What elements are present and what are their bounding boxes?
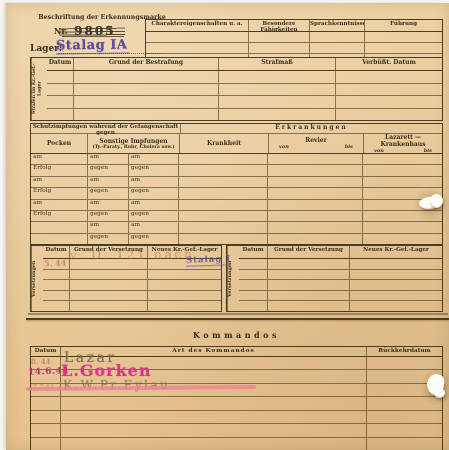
row-label: am	[31, 200, 88, 210]
lazarett-header: Lazarett — Krankenhaus vonbis	[364, 134, 442, 153]
table-row	[31, 411, 442, 424]
empty-cell	[239, 270, 268, 280]
empty-cell	[336, 84, 442, 96]
punishments-grid: Datum Grund der Bestrafung Strafmaß Verb…	[47, 58, 442, 120]
empty-cell	[31, 438, 61, 450]
empty-cell	[365, 43, 442, 53]
table-row: amam	[31, 222, 442, 233]
vaccinations-illnesses-table: Schutzimpfungen während der Gefangenscha…	[30, 123, 443, 245]
kommando-date-stamp: 8. 44	[31, 357, 51, 366]
empty-cell	[179, 188, 268, 198]
column-header: Verbüßt. Datum	[336, 58, 442, 70]
punch-hole	[423, 371, 449, 401]
von-bis-labels: vonbis	[364, 148, 442, 154]
vaccination-rows: amamam Erfolggegengegen amamam Erfolggeg…	[31, 154, 442, 244]
empty-cell	[350, 301, 442, 311]
column-header: Strafmaß	[219, 58, 336, 70]
transfer-destination-stamp: Stalag I	[186, 254, 232, 267]
empty-cell	[239, 301, 268, 311]
empty-cell	[350, 270, 442, 280]
row-label: am	[31, 154, 88, 164]
empty-cell	[179, 222, 268, 232]
table-row	[47, 71, 442, 84]
transfer-date-stamp: 5. 44	[44, 258, 66, 268]
upper-card-bottom-edge	[28, 313, 448, 315]
empty-cell	[239, 291, 268, 301]
empty-cell	[239, 259, 268, 269]
punch-hole	[415, 190, 447, 216]
row-label: am	[31, 177, 88, 187]
empty-cell	[367, 411, 442, 423]
empty-cell	[43, 291, 70, 301]
empty-cell	[268, 301, 350, 311]
empty-cell	[148, 291, 221, 301]
empty-cell	[268, 234, 363, 244]
von-bis-labels: vonbis	[269, 144, 363, 150]
table-row: gegengegen	[31, 234, 442, 244]
empty-cell	[74, 71, 219, 83]
empty-cell	[179, 211, 268, 221]
empty-cell	[268, 270, 350, 280]
table-row	[31, 438, 442, 450]
empty-cell	[363, 222, 442, 232]
empty-cell	[363, 234, 442, 244]
empty-cell	[179, 154, 268, 164]
row-label: am	[129, 222, 179, 232]
column-header: Grund der Versetzung	[268, 246, 350, 258]
column-header: Datum	[43, 246, 70, 258]
row-label: am	[88, 177, 129, 187]
empty-cell	[179, 177, 268, 187]
empty-cell	[74, 84, 219, 96]
empty-cell	[70, 280, 148, 290]
column-header: Sprachkenntnisse	[310, 20, 365, 31]
transfers-side-label: Versetzungen	[31, 246, 43, 311]
empty-cell	[336, 109, 442, 121]
von-label: von	[374, 148, 384, 154]
empty-cell	[47, 71, 74, 83]
column-header: Grund der Bestrafung	[74, 58, 219, 70]
empty-cell	[363, 154, 442, 164]
row-label: gegen	[88, 211, 129, 221]
lower-card-top-edge	[26, 318, 449, 321]
row-label: gegen	[88, 234, 129, 244]
empty-cell	[268, 165, 363, 175]
table-row	[31, 397, 442, 410]
empty-cell	[47, 84, 74, 96]
row-label: am	[88, 200, 129, 210]
row-label: Erfolg	[31, 211, 88, 221]
table-row: amamam	[31, 200, 442, 211]
table-row: amamam	[31, 154, 442, 165]
punishments-header-row: Datum Grund der Bestrafung Strafmaß Verb…	[47, 58, 442, 71]
column-subheader: (Ty.-Paraty., Ruhr, Cholera usw.)	[88, 145, 179, 150]
empty-cell	[146, 43, 249, 53]
kommandos-title: Kommandos	[30, 330, 443, 340]
empty-cell	[61, 397, 367, 409]
empty-cell	[148, 280, 221, 290]
empty-cell	[268, 211, 363, 221]
empty-cell	[61, 411, 367, 423]
section-titles-row: Schutzimpfungen während der Gefangenscha…	[31, 124, 442, 134]
column-header: Datum	[47, 58, 74, 70]
column-header: Revier	[269, 137, 363, 144]
table-row	[43, 291, 221, 302]
traits-header-row: Charaktereigenschaften u. a. Besondere F…	[146, 20, 442, 32]
empty-cell	[336, 96, 442, 108]
column-header: Pocken	[31, 140, 87, 147]
empty-cell	[70, 291, 148, 301]
empty-cell	[268, 188, 363, 198]
table-row	[146, 43, 442, 54]
bis-label: bis	[424, 148, 432, 154]
table-row	[239, 291, 442, 302]
column-header: Datum	[239, 246, 268, 258]
empty-cell	[268, 154, 363, 164]
empty-cell	[219, 96, 336, 108]
empty-cell	[179, 234, 268, 244]
empty-cell	[70, 301, 148, 311]
punishments-table: Strafen im Kr.-Gef.-Lager Datum Grund de…	[30, 57, 443, 121]
empty-cell	[148, 270, 221, 280]
column-header: Besondere Fähigkeiten	[249, 20, 310, 31]
vaccinations-title: Schutzimpfungen während der Gefangenscha…	[31, 124, 181, 133]
sub-header-row: Pocken Sonstige Impfungen (Ty.-Paraty., …	[31, 134, 442, 154]
row-label: am	[88, 222, 129, 232]
empty-cell	[268, 177, 363, 187]
empty-cell	[74, 96, 219, 108]
row-label: am	[129, 154, 179, 164]
empty-cell	[179, 165, 268, 175]
punishments-side-label: Strafen im Kr.-Gef.-Lager	[31, 58, 47, 120]
transfers-table-right: Versetzungen Datum Grund der Versetzung …	[226, 245, 443, 312]
pocken-header: Pocken	[31, 134, 88, 153]
krankheit-header: Krankheit	[180, 134, 269, 153]
row-label: am	[129, 200, 179, 210]
table-row	[43, 270, 221, 281]
empty-cell	[268, 259, 350, 269]
row-label	[31, 234, 88, 244]
row-label: gegen	[129, 234, 179, 244]
empty-cell	[350, 280, 442, 290]
column-header: Datum	[31, 347, 61, 356]
column-header: Lazarett — Krankenhaus	[364, 134, 442, 148]
empty-cell	[365, 32, 442, 42]
transfer-reason-stamp: v. D. 121 nach	[70, 246, 195, 262]
empty-cell	[249, 32, 310, 42]
empty-cell	[350, 259, 442, 269]
column-header: Führung	[365, 20, 442, 31]
illnesses-title: Erkrankungen	[181, 124, 442, 133]
empty-cell	[47, 109, 74, 121]
empty-cell	[47, 96, 74, 108]
table-row	[146, 32, 442, 43]
sonstige-header: Sonstige Impfungen (Ty.-Paraty., Ruhr, C…	[88, 134, 180, 153]
row-label: gegen	[129, 165, 179, 175]
empty-cell	[363, 165, 442, 175]
row-label: gegen	[129, 188, 179, 198]
empty-cell	[179, 200, 268, 210]
empty-cell	[74, 109, 219, 121]
row-label: gegen	[88, 188, 129, 198]
empty-cell	[43, 270, 70, 280]
revier-header: Revier vonbis	[269, 134, 364, 153]
empty-cell	[268, 222, 363, 232]
empty-cell	[350, 291, 442, 301]
column-header: Krankheit	[180, 140, 268, 147]
bis-label: bis	[345, 144, 353, 150]
row-label	[31, 222, 88, 232]
character-traits-table: Charaktereigenschaften u. a. Besondere F…	[145, 19, 443, 57]
nr-strike-lines	[59, 28, 125, 37]
table-row: Erfolggegengegen	[31, 188, 442, 199]
empty-cell	[310, 43, 365, 53]
table-row	[31, 424, 442, 437]
table-row	[47, 96, 442, 109]
empty-cell	[61, 438, 367, 450]
table-row: amamam	[31, 177, 442, 188]
column-header: Sonstige Impfungen	[88, 138, 179, 145]
empty-cell	[268, 291, 350, 301]
empty-cell	[43, 301, 70, 311]
table-row: Erfolggegengegen	[31, 165, 442, 176]
table-row	[239, 280, 442, 291]
table-row	[239, 301, 442, 311]
table-row	[47, 84, 442, 97]
transfers-grid: Datum Grund der Versetzung Neues Kr.-Gef…	[239, 246, 442, 311]
empty-cell	[336, 71, 442, 83]
empty-cell	[219, 84, 336, 96]
empty-cell	[310, 32, 365, 42]
empty-cell	[219, 71, 336, 83]
stalag-camp-stamp: Stalag IA	[56, 37, 130, 54]
empty-cell	[367, 438, 442, 450]
empty-cell	[239, 280, 268, 290]
empty-cell	[31, 424, 61, 436]
empty-cell	[367, 424, 442, 436]
empty-cell	[268, 200, 363, 210]
table-row	[239, 259, 442, 270]
table-row	[239, 270, 442, 281]
empty-cell	[148, 301, 221, 311]
empty-cell	[219, 109, 336, 121]
table-row	[47, 109, 442, 121]
von-label: von	[279, 144, 289, 150]
column-header: Charaktereigenschaften u. a.	[146, 20, 249, 31]
transfers-header-row: Datum Grund der Versetzung Neues Kr.-Gef…	[239, 246, 442, 259]
empty-cell	[43, 280, 70, 290]
empty-cell	[31, 397, 61, 409]
column-header: Neues Kr.-Gef.-Lager	[350, 246, 442, 258]
row-label: gegen	[88, 165, 129, 175]
empty-cell	[61, 424, 367, 436]
torn-paper	[430, 194, 443, 208]
row-label: Erfolg	[31, 188, 88, 198]
empty-cell	[249, 43, 310, 53]
torn-paper	[434, 388, 445, 398]
table-row	[43, 301, 221, 311]
table-row	[43, 280, 221, 291]
row-label: Erfolg	[31, 165, 88, 175]
table-row: Erfolggegengegen	[31, 211, 442, 222]
row-label: am	[129, 177, 179, 187]
empty-cell	[70, 270, 148, 280]
row-label: am	[88, 154, 129, 164]
empty-cell	[146, 32, 249, 42]
empty-cell	[268, 280, 350, 290]
empty-cell	[31, 411, 61, 423]
column-header: Rückkehrdatum	[367, 347, 442, 356]
row-label: gegen	[129, 211, 179, 221]
pow-record-card-scan: Beschriftung der Erkennungsmarke Nr. 980…	[0, 0, 449, 450]
